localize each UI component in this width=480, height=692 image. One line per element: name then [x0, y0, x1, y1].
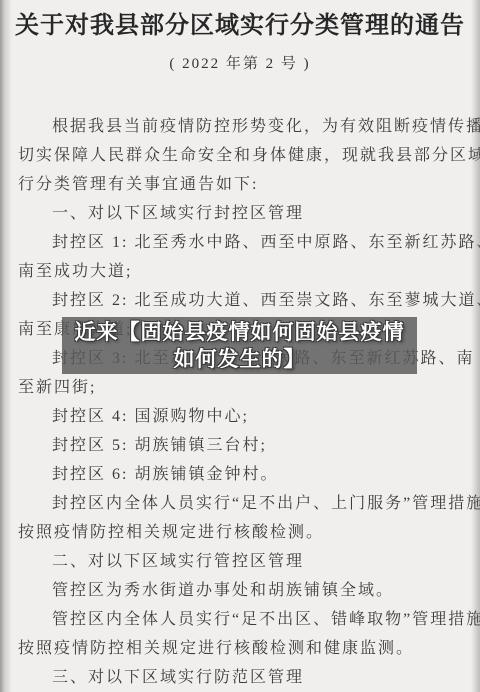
doc-line: 切实保障人民群众生命安全和身体健康，现就我县部分区域实 — [18, 141, 470, 170]
doc-line: 二、对以下区域实行管控区管理 — [18, 547, 470, 576]
doc-line: 封控区 1: 北至秀水中路、西至中原路、东至新红苏路、 — [18, 228, 470, 257]
doc-line: 管控区为秀水街道办事处和胡族铺镇全域。 — [18, 576, 470, 605]
caption-overlay: 近来【固始县疫情如何固始县疫情 如何发生的】 — [62, 317, 417, 374]
document-body: 根据我县当前疫情防控形势变化，为有效阻断疫情传播，切实保障人民群众生命安全和身体… — [0, 112, 480, 692]
doc-line: 按照疫情防控相关规定进行核酸检测和健康监测。 — [18, 634, 470, 663]
caption-line-1: 近来【固始县疫情如何固始县疫情 — [62, 319, 417, 346]
document-number: ( 2022 年第 2 号 ) — [0, 55, 480, 73]
document-title: 关于对我县部分区域实行分类管理的通告 — [0, 10, 480, 42]
doc-line: 南至成功大道; — [18, 257, 470, 286]
doc-line: 按照疫情防控相关规定进行核酸检测。 — [18, 518, 470, 547]
doc-line: 封控区 6: 胡族铺镇金钟村。 — [18, 460, 470, 489]
doc-line: 封控区 4: 国源购物中心; — [18, 402, 470, 431]
doc-line: 三、对以下区域实行防范区管理 — [18, 663, 470, 692]
doc-line: 一、对以下区域实行封控区管理 — [18, 199, 470, 228]
doc-line: 封控区 2: 北至成功大道、西至崇文路、东至蓼城大道、 — [18, 286, 470, 315]
doc-line: 行分类管理有关事宜通告如下: — [18, 170, 470, 199]
doc-line: 封控区 5: 胡族铺镇三台村; — [18, 431, 470, 460]
doc-line: 至新四街; — [18, 373, 470, 402]
doc-line: 管控区内全体人员实行“足不出区、错峰取物”管理措施， — [18, 605, 470, 634]
doc-line: 根据我县当前疫情防控形势变化，为有效阻断疫情传播， — [18, 112, 470, 141]
caption-line-2: 如何发生的】 — [62, 346, 417, 373]
doc-line: 封控区内全体人员实行“足不出户、上门服务”管理措施， — [18, 489, 470, 518]
